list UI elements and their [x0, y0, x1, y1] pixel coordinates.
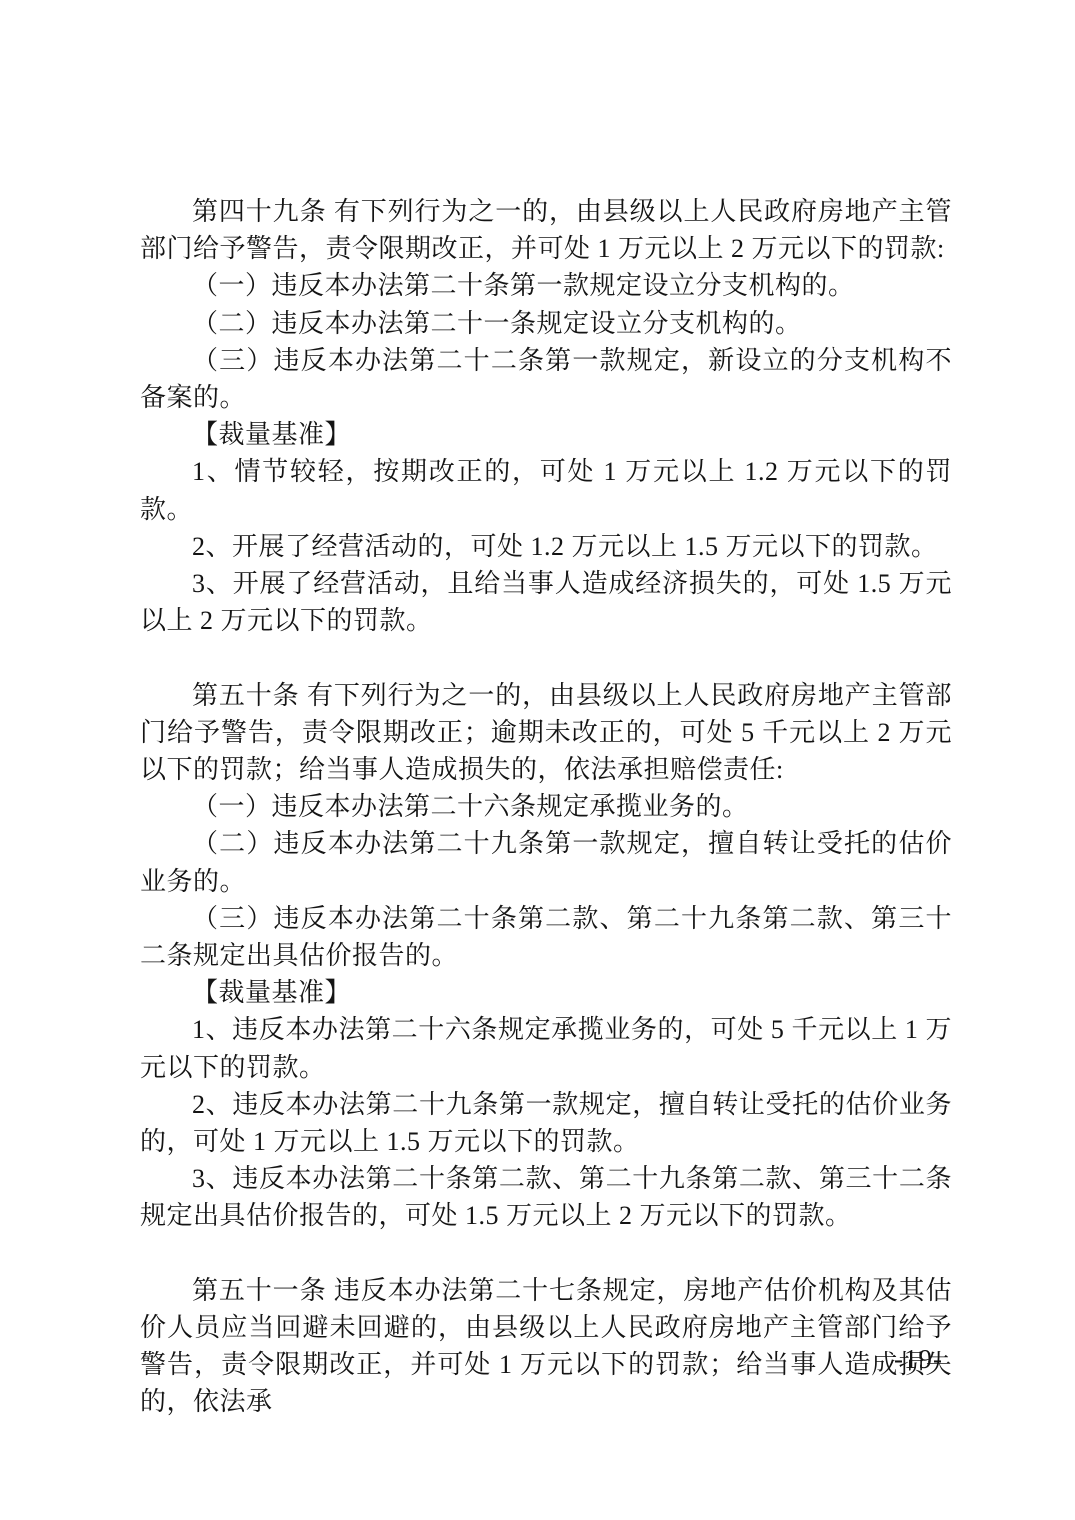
paragraph: 第五十条 有下列行为之一的，由县级以上人民政府房地产主管部门给予警告，责令限期改…: [140, 677, 952, 789]
document-body: 第四十九条 有下列行为之一的，由县级以上人民政府房地产主管部门给予警告，责令限期…: [140, 193, 952, 1421]
paragraph: 2、开展了经营活动的，可处 1.2 万元以上 1.5 万元以下的罚款。: [140, 528, 952, 565]
paragraph: 第四十九条 有下列行为之一的，由县级以上人民政府房地产主管部门给予警告，责令限期…: [140, 193, 952, 267]
paragraph: （二）违反本办法第二十一条规定设立分支机构的。: [140, 305, 952, 342]
page-number: -19-: [894, 1344, 943, 1375]
paragraph: 3、开展了经营活动，且给当事人造成经济损失的，可处 1.5 万元以上 2 万元以…: [140, 565, 952, 639]
paragraph: （一）违反本办法第二十六条规定承揽业务的。: [140, 788, 952, 825]
paragraph: 1、情节较轻，按期改正的，可处 1 万元以上 1.2 万元以下的罚款。: [140, 453, 952, 527]
document-page: 第四十九条 有下列行为之一的，由县级以上人民政府房地产主管部门给予警告，责令限期…: [0, 0, 1075, 1520]
paragraph: 【裁量基准】: [140, 416, 952, 453]
paragraph: 第五十一条 违反本办法第二十七条规定，房地产估价机构及其估价人员应当回避未回避的…: [140, 1272, 952, 1421]
paragraph: 【裁量基准】: [140, 974, 952, 1011]
paragraph: （二）违反本办法第二十九条第一款规定，擅自转让受托的估价业务的。: [140, 825, 952, 899]
paragraph: （三）违反本办法第二十条第二款、第二十九条第二款、第三十二条规定出具估价报告的。: [140, 900, 952, 974]
paragraph: （三）违反本办法第二十二条第一款规定，新设立的分支机构不备案的。: [140, 342, 952, 416]
paragraph: 1、违反本办法第二十六条规定承揽业务的，可处 5 千元以上 1 万元以下的罚款。: [140, 1011, 952, 1085]
paragraph: 3、违反本办法第二十条第二款、第二十九条第二款、第三十二条规定出具估价报告的，可…: [140, 1160, 952, 1234]
paragraph: （一）违反本办法第二十条第一款规定设立分支机构的。: [140, 267, 952, 304]
paragraph: 2、违反本办法第二十九条第一款规定，擅自转让受托的估价业务的，可处 1 万元以上…: [140, 1086, 952, 1160]
